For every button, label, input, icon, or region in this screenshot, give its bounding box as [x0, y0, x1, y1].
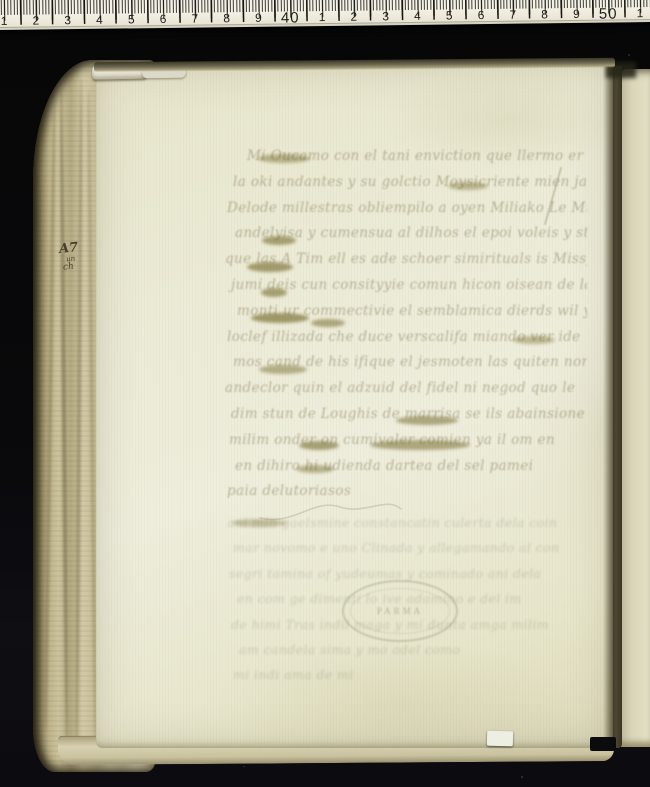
page-edge-striation	[75, 78, 84, 758]
illegible-script-line: mi indi ama de mi	[227, 662, 583, 687]
illegible-script-line: Delode millestras obliempilo a oyen Mili…	[225, 196, 587, 222]
page-content-layer: Mi Oucamo con el tani enviction que ller…	[96, 64, 613, 748]
pen-flourish	[255, 490, 405, 530]
ink-blotch	[311, 319, 345, 327]
dust-speck	[628, 54, 630, 56]
paper-tab	[487, 731, 513, 747]
manuscript-photo-stage: A7 un ch Mi Oucamo con el tani enviction…	[0, 0, 650, 787]
ink-blotch	[262, 236, 296, 245]
archive-stamp-showthrough: PARMA	[342, 580, 458, 642]
illegible-script-line: en dihiro hi udienda dartea del sel pame…	[225, 454, 587, 480]
ink-blotch	[396, 416, 458, 425]
illegible-script-line: la oki andantes y su golctio Moysicrient…	[225, 170, 587, 196]
ink-blotch	[247, 262, 293, 272]
ink-blotch	[299, 441, 339, 450]
margin-annotation: A7 un ch	[58, 241, 80, 273]
ink-blotch	[448, 182, 488, 190]
ink-blotch	[513, 336, 555, 344]
illegible-script-line: mar novomo e uno Clinada y allegamando a…	[227, 535, 583, 560]
page-gap-notch	[590, 737, 616, 751]
bleed-through-text-upper: Mi Oucamo con el tani enviction que ller…	[225, 144, 587, 505]
measuring-ruler: 12345678940123456789501	[0, 0, 650, 30]
dust-speck	[243, 766, 245, 767]
ink-blotch	[261, 288, 287, 297]
stamp-text: PARMA	[377, 606, 423, 616]
dust-speck	[521, 776, 523, 778]
illegible-script-line: andeclor quin el adzuid del fidel ni neg…	[225, 376, 587, 402]
ink-blotch	[251, 313, 309, 323]
page-edge-striation	[59, 85, 69, 745]
page-edge-striation	[44, 100, 57, 730]
ink-blotch	[258, 154, 310, 163]
ink-blotch	[259, 365, 307, 374]
margin-annotation-line: ch	[63, 262, 81, 273]
ink-blotch	[370, 440, 470, 450]
ink-blotch	[296, 465, 334, 473]
